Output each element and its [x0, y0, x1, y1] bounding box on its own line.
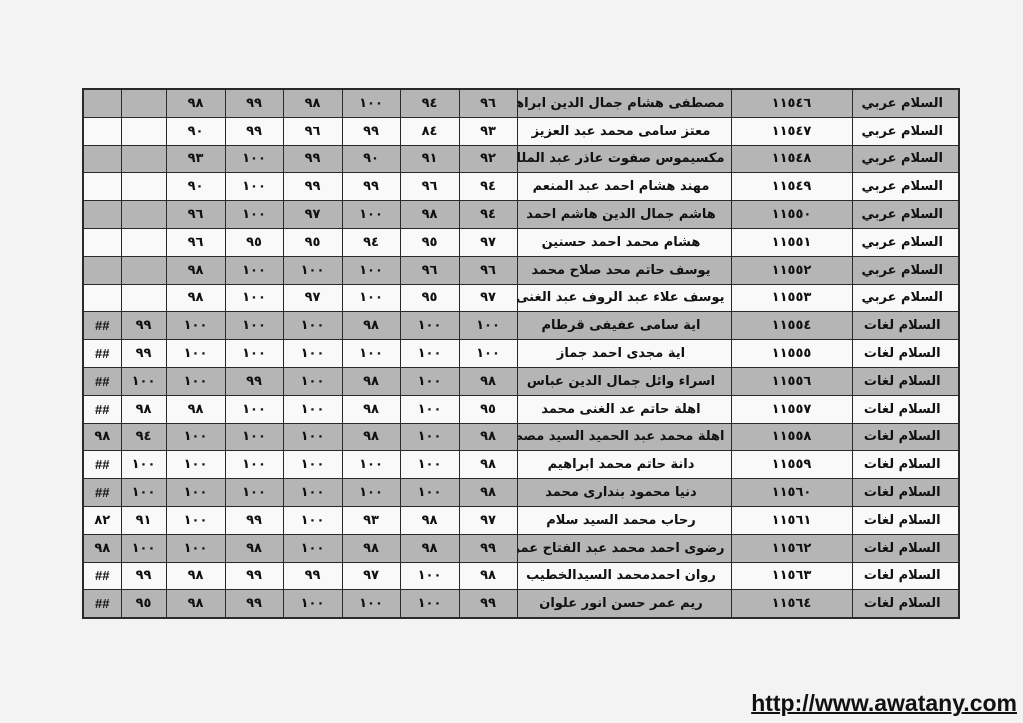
school-cell: السلام عربي	[852, 89, 959, 117]
grade-cell-m5: ١٠٠	[166, 340, 225, 368]
school-cell: السلام لغات	[852, 451, 959, 479]
grade-cell-s1: ٩٨	[459, 451, 517, 479]
school-cell: السلام عربي	[852, 284, 959, 312]
grade-cell-m3: ٩٧	[283, 201, 342, 229]
table-row: ٩٠١٠٠٩٩٩٩٩٦٩٤مهند هشام احمد عبد المنعم١١…	[83, 173, 959, 201]
grade-cell-m5: ١٠٠	[166, 367, 225, 395]
student-name-cell: مصطفى هشام جمال الدين ابراهيم	[517, 89, 731, 117]
grade-cell-m3: ١٠٠	[283, 590, 342, 618]
grade-cell-m1: ١٠٠	[400, 312, 459, 340]
grade-cell-m4: ٩٩	[225, 506, 283, 534]
student-name-cell: يوسف حاتم محد صلاح محمد	[517, 256, 731, 284]
grade-cell-m6: ٩٩	[121, 340, 166, 368]
grade-cell-m7: ##	[83, 340, 121, 368]
grade-cell-m6	[121, 201, 166, 229]
grade-cell-s1: ٩٣	[459, 117, 517, 145]
grade-cell-m3: ٩٨	[283, 89, 342, 117]
grade-cell-m6: ٩٤	[121, 423, 166, 451]
school-cell: السلام لغات	[852, 423, 959, 451]
student-name-cell: رضوى احمد محمد عبد الفتاح عمر	[517, 534, 731, 562]
student-name-cell: معتز سامى محمد عبد العزيز	[517, 117, 731, 145]
grade-cell-m7	[83, 256, 121, 284]
school-cell: السلام لغات	[852, 312, 959, 340]
grade-cell-m1: ١٠٠	[400, 590, 459, 618]
table-row: ٩٨١٠٠٩٧١٠٠٩٥٩٧يوسف علاء عبد الروف عبد ال…	[83, 284, 959, 312]
grade-cell-m2: ١٠٠	[342, 89, 400, 117]
student-name-cell: دنيا محمود بندارى محمد	[517, 479, 731, 507]
grade-cell-m1: ٩٤	[400, 89, 459, 117]
student-name-cell: دانة حاتم محمد ابراهيم	[517, 451, 731, 479]
grade-cell-m6	[121, 117, 166, 145]
table-row: ٩٨١٠٠١٠٠١٠٠٩٦٩٦يوسف حاتم محد صلاح محمد١١…	[83, 256, 959, 284]
grade-cell-m5: ١٠٠	[166, 479, 225, 507]
grade-cell-m2: ٩٣	[342, 506, 400, 534]
seat-number-cell: ١١٥٥٩	[731, 451, 852, 479]
student-name-cell: اية مجدى احمد جماز	[517, 340, 731, 368]
grade-cell-m3: ١٠٠	[283, 340, 342, 368]
grade-cell-m6: ١٠٠	[121, 451, 166, 479]
grades-table-body: ٩٨٩٩٩٨١٠٠٩٤٩٦مصطفى هشام جمال الدين ابراه…	[83, 89, 959, 618]
grade-cell-m2: ٩٨	[342, 534, 400, 562]
school-cell: السلام عربي	[852, 201, 959, 229]
grade-cell-m1: ٩٦	[400, 256, 459, 284]
seat-number-cell: ١١٥٤٦	[731, 89, 852, 117]
student-name-cell: روان احمدمحمد السيدالخطيب	[517, 562, 731, 590]
school-cell: السلام لغات	[852, 367, 959, 395]
school-cell: السلام عربي	[852, 228, 959, 256]
seat-number-cell: ١١٥٥٣	[731, 284, 852, 312]
school-cell: السلام عربي	[852, 117, 959, 145]
grade-cell-m1: ٩٨	[400, 506, 459, 534]
grade-cell-m7: ٨٢	[83, 506, 121, 534]
grade-cell-m3: ٩٦	[283, 117, 342, 145]
seat-number-cell: ١١٥٥٦	[731, 367, 852, 395]
grade-cell-m1: ١٠٠	[400, 423, 459, 451]
website-link[interactable]: http://www.awatany.com	[751, 690, 1017, 717]
grade-cell-m1: ٩٥	[400, 228, 459, 256]
grade-cell-m3: ١٠٠	[283, 256, 342, 284]
table-row: ##٩٩٩٨٩٩٩٩٩٧١٠٠٩٨روان احمدمحمد السيدالخط…	[83, 562, 959, 590]
grade-cell-m2: ٩٨	[342, 395, 400, 423]
grade-cell-m5: ٩٨	[166, 284, 225, 312]
grade-cell-m5: ٩٨	[166, 562, 225, 590]
table-row: ٩٨٩٩٩٨١٠٠٩٤٩٦مصطفى هشام جمال الدين ابراه…	[83, 89, 959, 117]
grade-cell-m2: ١٠٠	[342, 284, 400, 312]
grade-cell-m5: ١٠٠	[166, 506, 225, 534]
seat-number-cell: ١١٥٦٤	[731, 590, 852, 618]
grade-cell-s1: ٩٤	[459, 173, 517, 201]
grade-cell-s1: ٩٨	[459, 562, 517, 590]
grade-cell-m6	[121, 228, 166, 256]
grade-cell-m2: ٩٠	[342, 145, 400, 173]
grade-cell-m6: ٩٩	[121, 312, 166, 340]
table-row: ٨٢٩١١٠٠٩٩١٠٠٩٣٩٨٩٧رحاب محمد السيد سلام١١…	[83, 506, 959, 534]
grade-cell-m1: ١٠٠	[400, 479, 459, 507]
seat-number-cell: ١١٥٤٧	[731, 117, 852, 145]
grade-cell-m5: ٩٨	[166, 590, 225, 618]
table-row: ٩٣١٠٠٩٩٩٠٩١٩٢مكسيموس صفوت عاذر عبد الملك…	[83, 145, 959, 173]
grade-cell-m6: ٩٥	[121, 590, 166, 618]
grade-cell-m5: ٩٨	[166, 395, 225, 423]
grade-cell-m7: ##	[83, 590, 121, 618]
grade-cell-m3: ١٠٠	[283, 506, 342, 534]
grade-cell-m7: ##	[83, 451, 121, 479]
grade-cell-s1: ٩٩	[459, 534, 517, 562]
grade-cell-m6: ١٠٠	[121, 367, 166, 395]
grade-cell-m4: ٩٩	[225, 367, 283, 395]
grade-cell-m4: ١٠٠	[225, 256, 283, 284]
student-name-cell: اهلة محمد عبد الحميد السيد مصطفى	[517, 423, 731, 451]
grade-cell-m7: ##	[83, 395, 121, 423]
grade-cell-m3: ٩٥	[283, 228, 342, 256]
grades-table: ٩٨٩٩٩٨١٠٠٩٤٩٦مصطفى هشام جمال الدين ابراه…	[82, 88, 960, 619]
grade-cell-m4: ٩٩	[225, 89, 283, 117]
grade-cell-m5: ٩٦	[166, 201, 225, 229]
table-row: ##٩٨٩٨١٠٠١٠٠٩٨١٠٠٩٥اهلة حاتم عد الغنى مح…	[83, 395, 959, 423]
student-name-cell: هشام محمد احمد حسنين	[517, 228, 731, 256]
grade-cell-m7: ٩٨	[83, 534, 121, 562]
grade-cell-m4: ١٠٠	[225, 201, 283, 229]
table-row: ٩٦١٠٠٩٧١٠٠٩٨٩٤هاشم جمال الدين هاشم احمد١…	[83, 201, 959, 229]
table-row: ٩٨١٠٠١٠٠٩٨١٠٠٩٨٩٨٩٩رضوى احمد محمد عبد ال…	[83, 534, 959, 562]
grade-cell-s1: ٩٧	[459, 284, 517, 312]
grade-cell-m5: ٩٦	[166, 228, 225, 256]
student-name-cell: يوسف علاء عبد الروف عبد الغنى	[517, 284, 731, 312]
school-cell: السلام لغات	[852, 395, 959, 423]
seat-number-cell: ١١٥٥٨	[731, 423, 852, 451]
seat-number-cell: ١١٥٦٢	[731, 534, 852, 562]
grade-cell-m6: ١٠٠	[121, 479, 166, 507]
school-cell: السلام لغات	[852, 340, 959, 368]
grade-cell-s1: ٩٩	[459, 590, 517, 618]
grade-cell-m6	[121, 89, 166, 117]
grade-cell-m2: ٩٩	[342, 117, 400, 145]
grade-cell-m1: ١٠٠	[400, 451, 459, 479]
grade-cell-m3: ١٠٠	[283, 312, 342, 340]
grade-cell-m4: ١٠٠	[225, 312, 283, 340]
grade-cell-m1: ٩١	[400, 145, 459, 173]
seat-number-cell: ١١٥٦١	[731, 506, 852, 534]
table-row: ٩٨٩٤١٠٠١٠٠١٠٠٩٨١٠٠٩٨اهلة محمد عبد الحميد…	[83, 423, 959, 451]
school-cell: السلام عربي	[852, 145, 959, 173]
grade-cell-m2: ٩٧	[342, 562, 400, 590]
grade-cell-m7	[83, 145, 121, 173]
student-name-cell: مكسيموس صفوت عاذر عبد الملك	[517, 145, 731, 173]
grade-cell-m2: ١٠٠	[342, 479, 400, 507]
seat-number-cell: ١١٥٥٢	[731, 256, 852, 284]
grade-cell-m7	[83, 284, 121, 312]
student-name-cell: هاشم جمال الدين هاشم احمد	[517, 201, 731, 229]
grade-cell-m2: ١٠٠	[342, 256, 400, 284]
grade-cell-m2: ١٠٠	[342, 201, 400, 229]
grade-cell-m3: ٩٩	[283, 173, 342, 201]
grade-cell-m7: ##	[83, 312, 121, 340]
school-cell: السلام لغات	[852, 590, 959, 618]
grade-cell-m1: ١٠٠	[400, 562, 459, 590]
grade-cell-s1: ٩٤	[459, 201, 517, 229]
seat-number-cell: ١١٥٥٤	[731, 312, 852, 340]
seat-number-cell: ١١٥٦٠	[731, 479, 852, 507]
grade-cell-m2: ٩٨	[342, 423, 400, 451]
table-row: ##١٠٠١٠٠١٠٠١٠٠١٠٠١٠٠٩٨دانة حاتم محمد ابر…	[83, 451, 959, 479]
table-row: ##٩٥٩٨٩٩١٠٠١٠٠١٠٠٩٩ريم عمر حسن انور علوا…	[83, 590, 959, 618]
grade-cell-m4: ٩٩	[225, 117, 283, 145]
grade-cell-s1: ٩٥	[459, 395, 517, 423]
grade-cell-m7: ##	[83, 562, 121, 590]
grade-cell-m2: ١٠٠	[342, 451, 400, 479]
grade-cell-m2: ٩٤	[342, 228, 400, 256]
grade-cell-m4: ١٠٠	[225, 451, 283, 479]
grade-cell-m1: ١٠٠	[400, 367, 459, 395]
student-name-cell: اهلة حاتم عد الغنى محمد	[517, 395, 731, 423]
grade-cell-m4: ٩٥	[225, 228, 283, 256]
grade-cell-s1: ٩٦	[459, 256, 517, 284]
grade-cell-s1: ٩٨	[459, 423, 517, 451]
table-row: ##١٠٠١٠٠٩٩١٠٠٩٨١٠٠٩٨اسراء وائل جمال الدي…	[83, 367, 959, 395]
grade-cell-m4: ١٠٠	[225, 340, 283, 368]
grade-cell-m5: ٩٠	[166, 173, 225, 201]
school-cell: السلام لغات	[852, 562, 959, 590]
grade-cell-m5: ٩٠	[166, 117, 225, 145]
seat-number-cell: ١١٥٥٧	[731, 395, 852, 423]
grade-cell-m4: ٩٩	[225, 590, 283, 618]
grade-cell-m6: ٩٩	[121, 562, 166, 590]
student-name-cell: رحاب محمد السيد سلام	[517, 506, 731, 534]
grade-cell-s1: ٩٧	[459, 506, 517, 534]
seat-number-cell: ١١٥٤٨	[731, 145, 852, 173]
grade-cell-m5: ١٠٠	[166, 423, 225, 451]
grade-cell-m5: ٩٨	[166, 256, 225, 284]
seat-number-cell: ١١٥٦٣	[731, 562, 852, 590]
grade-cell-m6: ١٠٠	[121, 534, 166, 562]
grade-cell-m2: ٩٩	[342, 173, 400, 201]
table-row: ##٩٩١٠٠١٠٠١٠٠٩٨١٠٠١٠٠اية سامى عفيفى قرطا…	[83, 312, 959, 340]
grade-cell-m1: ٨٤	[400, 117, 459, 145]
grade-cell-m7	[83, 228, 121, 256]
grade-cell-m1: ٩٥	[400, 284, 459, 312]
school-cell: السلام عربي	[852, 256, 959, 284]
student-name-cell: مهند هشام احمد عبد المنعم	[517, 173, 731, 201]
student-name-cell: ريم عمر حسن انور علوان	[517, 590, 731, 618]
grade-cell-m6	[121, 256, 166, 284]
grade-cell-m2: ٩٨	[342, 367, 400, 395]
grade-cell-m7: ##	[83, 367, 121, 395]
grade-cell-m5: ٩٨	[166, 89, 225, 117]
grade-cell-m3: ٩٩	[283, 145, 342, 173]
school-cell: السلام لغات	[852, 479, 959, 507]
grade-cell-s1: ٩٢	[459, 145, 517, 173]
table-row: ٩٠٩٩٩٦٩٩٨٤٩٣معتز سامى محمد عبد العزيز١١٥…	[83, 117, 959, 145]
grade-cell-m4: ٩٩	[225, 562, 283, 590]
grade-cell-m3: ١٠٠	[283, 395, 342, 423]
school-cell: السلام لغات	[852, 506, 959, 534]
grade-cell-m4: ١٠٠	[225, 284, 283, 312]
school-cell: السلام عربي	[852, 173, 959, 201]
grade-cell-m7: ##	[83, 479, 121, 507]
grade-cell-m6: ٩١	[121, 506, 166, 534]
student-name-cell: اية سامى عفيفى قرطام	[517, 312, 731, 340]
table-row: ##١٠٠١٠٠١٠٠١٠٠١٠٠١٠٠٩٨دنيا محمود بندارى …	[83, 479, 959, 507]
grade-cell-s1: ٩٨	[459, 367, 517, 395]
grade-cell-m3: ١٠٠	[283, 367, 342, 395]
grade-cell-m3: ١٠٠	[283, 451, 342, 479]
grade-cell-s1: ٩٦	[459, 89, 517, 117]
grade-cell-m3: ٩٧	[283, 284, 342, 312]
grade-cell-s1: ١٠٠	[459, 340, 517, 368]
grade-cell-m1: ٩٨	[400, 201, 459, 229]
grade-cell-m7	[83, 89, 121, 117]
grade-cell-m7: ٩٨	[83, 423, 121, 451]
grade-cell-m3: ١٠٠	[283, 534, 342, 562]
grade-cell-m4: ٩٨	[225, 534, 283, 562]
grade-cell-m5: ١٠٠	[166, 312, 225, 340]
grade-cell-m5: ٩٣	[166, 145, 225, 173]
grade-cell-m3: ١٠٠	[283, 479, 342, 507]
seat-number-cell: ١١٥٥١	[731, 228, 852, 256]
grade-cell-m5: ١٠٠	[166, 451, 225, 479]
grade-cell-m1: ١٠٠	[400, 395, 459, 423]
grade-cell-m6	[121, 173, 166, 201]
grade-cell-m7	[83, 201, 121, 229]
grade-cell-m6	[121, 145, 166, 173]
grade-cell-m1: ١٠٠	[400, 340, 459, 368]
school-cell: السلام لغات	[852, 534, 959, 562]
grade-cell-m6	[121, 284, 166, 312]
grade-cell-m1: ٩٦	[400, 173, 459, 201]
grade-cell-m3: ١٠٠	[283, 423, 342, 451]
grade-cell-m4: ١٠٠	[225, 395, 283, 423]
grade-cell-s1: ٩٨	[459, 479, 517, 507]
grade-cell-m1: ٩٨	[400, 534, 459, 562]
grade-cell-m2: ١٠٠	[342, 590, 400, 618]
table-row: ٩٦٩٥٩٥٩٤٩٥٩٧هشام محمد احمد حسنين١١٥٥١الس…	[83, 228, 959, 256]
seat-number-cell: ١١٥٥٥	[731, 340, 852, 368]
grade-cell-m6: ٩٨	[121, 395, 166, 423]
seat-number-cell: ١١٥٤٩	[731, 173, 852, 201]
grade-cell-s1: ١٠٠	[459, 312, 517, 340]
grade-cell-m2: ٩٨	[342, 312, 400, 340]
grade-cell-m4: ١٠٠	[225, 423, 283, 451]
grade-cell-m3: ٩٩	[283, 562, 342, 590]
grade-cell-m2: ١٠٠	[342, 340, 400, 368]
grade-cell-m4: ١٠٠	[225, 173, 283, 201]
table-row: ##٩٩١٠٠١٠٠١٠٠١٠٠١٠٠١٠٠اية مجدى احمد جماز…	[83, 340, 959, 368]
student-name-cell: اسراء وائل جمال الدين عباس	[517, 367, 731, 395]
grade-cell-m5: ١٠٠	[166, 534, 225, 562]
grade-cell-m7	[83, 173, 121, 201]
grade-cell-m4: ١٠٠	[225, 479, 283, 507]
grade-cell-s1: ٩٧	[459, 228, 517, 256]
seat-number-cell: ١١٥٥٠	[731, 201, 852, 229]
grade-cell-m4: ١٠٠	[225, 145, 283, 173]
grade-cell-m7	[83, 117, 121, 145]
